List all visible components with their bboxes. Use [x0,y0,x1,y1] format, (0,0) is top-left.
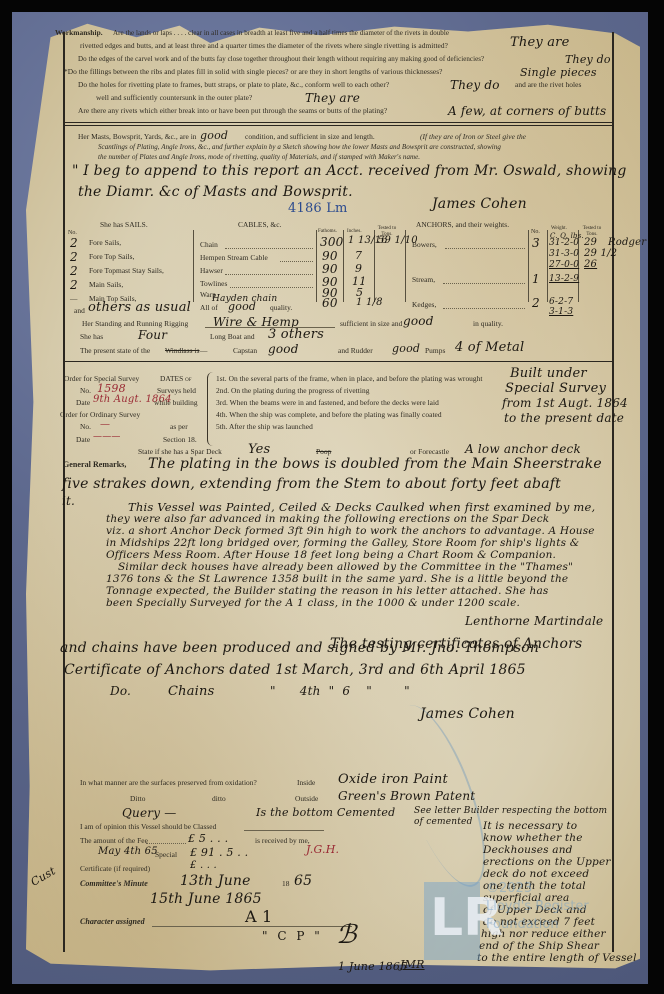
cable-fathoms: 90 [322,262,338,276]
outside-value: Green's Brown Patent [338,789,475,803]
survey-note: Special Survey [505,381,606,396]
dates-label: DATES of [160,374,192,384]
cable-inches: 7 [355,249,362,262]
workmanship-q1b: rivetted edges and butts, and at least t… [80,41,448,51]
section-divider [64,122,613,123]
state-pumps: 4 of Metal [455,340,524,355]
remark-line: Officers Mess Room. After House 18 feet … [106,549,556,561]
workmanship-a6: A few, at corners of butts [448,104,606,118]
remark-line: been Specially Surveyed for the A 1 clas… [106,597,520,609]
side-note-line: know whether the [483,832,643,844]
committee-second: 15th June 1865 [150,891,262,907]
cable-fathoms: 60 [322,296,338,310]
remark-line: in Midships 22ft long bridged over, form… [106,537,579,549]
remark-line: 1376 tons & the St Lawrence 1358 built i… [106,573,568,585]
cables-quality-label: quality. [270,303,292,313]
cables-divider [193,230,194,302]
certificate-label: Certificate (if required) [80,864,150,874]
sails-others: others as usual [88,300,191,315]
character-label: Character assigned [80,917,145,927]
remark-line: it. [62,494,75,508]
anchors-heading: ANCHORS, and their weights. [416,220,509,230]
rigging-label-b: sufficient in size and [340,319,402,329]
cert-anchors: Certificate of Anchors dated 1st March, … [64,662,526,678]
inside-label: Inside [297,778,315,788]
anchor-tested: 29 1/2 [584,248,617,259]
workmanship-a4: They do [450,78,500,92]
remark-line: The plating in the bows is doubled from … [148,456,602,472]
state-rudder-label: and Rudder [338,346,373,356]
boats-count: Four [138,328,167,342]
state-capstan: good [268,342,299,356]
anchors-divider [405,230,406,302]
cables-quality-value: good [228,300,256,313]
survey-stage: 2nd. On the plating during the progress … [216,386,369,396]
watermark-line: ©2023 [486,880,589,898]
ordinary-date: ——— [93,432,121,442]
workmanship-q2: Do the edges of the carvel work and of t… [78,54,484,64]
anchor-weight: 31-3-0 [549,249,579,259]
cable-row-hempen: Hempen Stream Cable [200,253,268,263]
cables-all-of: All of [200,303,218,313]
survey-stage: 3rd. When the beams were in and fastened… [216,398,439,408]
workmanship-a5: They are [305,91,360,105]
anchor-count: 2 [532,296,540,310]
state-windlass-struck: Windlass is [165,346,200,356]
watermark-line: Foundation [486,916,589,934]
survey-stage: 1st. On the several parts of the frame, … [216,374,483,384]
watermark-text: ©2023 Lloyd's Register Foundation [486,880,589,934]
initials: JMR [400,958,425,971]
workmanship-q3: *Do the fillings between the ribs and pl… [64,67,442,77]
workmanship-q4b: and are the rivet holes [515,80,581,90]
committee-year: 65 [294,873,312,889]
watermark-line: Lloyd's Register [486,898,589,916]
date-signed: 1 June 1865 [338,960,407,973]
masts-note-2: Scantlings of Plating, Angle Irons, &c.,… [98,142,501,152]
side-note-line: deck do not exceed [483,868,643,880]
remark-line: This Vessel was Painted, Ceiled & Decks … [128,500,595,514]
side-note-line: Deckhouses and [483,844,643,856]
rigging-label-c: in quality. [473,319,503,329]
opinion-label: I am of opinion this Vessel should be Cl… [80,822,216,832]
special-no-label: No. [80,386,91,396]
side-note-line: to the entire length of Vessel [477,952,637,964]
dotted-leader [445,248,525,249]
ditto-1: Ditto [130,794,145,804]
workmanship-q1a: Are the lands or laps . . . . clear in a… [113,28,449,38]
masts-ref-number: 4186 Lm [288,201,348,216]
fee-value: £ 5 . . . [188,832,228,845]
cable-fathoms: 90 [322,249,338,263]
dotted-leader [146,843,186,844]
masts-signature: James Cohen [432,196,527,212]
committee-label: Committee's Minute [80,879,148,889]
anchor-row-bowers: Bowers, [412,240,437,250]
cable-row-hawser: Hawser [200,266,223,276]
anchor-weight: 31-2-0 [549,238,579,248]
dates-label: as per [170,422,188,432]
workmanship-q5: well and sufficiently countersunk in the… [96,93,252,103]
workmanship-q6: Are there any rivets which either break … [78,106,387,116]
cables-heading: CABLES, &c. [238,220,281,230]
special-fee-label: Special [155,850,177,860]
inside-value: Oxide iron Paint [338,772,448,787]
state-capstan-label: Capstan [233,346,257,356]
section-divider [64,361,613,362]
received-label: is received by me, [255,836,310,846]
state-rudder: good [392,342,420,355]
remark-line: and chains have been produced and signed… [60,640,539,656]
cables-col-divider [316,230,317,302]
anchors-col-divider [528,230,529,302]
remark-signature-1: Lenthorne Martindale [465,614,603,628]
ditto-2: ditto [212,794,226,804]
anchor-row-stream: Stream, [412,275,435,285]
anchor-weight: 6-2-7 [549,297,573,307]
workmanship-q4: Do the holes for rivetting plate to fram… [78,80,389,90]
forecastle-value: A low anchor deck [465,442,581,456]
masts-condition: good [200,129,228,142]
lr-watermark-logo: LR [424,882,480,960]
state-windlass-value: — [200,346,207,356]
anchors-col-no: No. [531,229,540,235]
cable-fathoms: 300 [320,235,344,249]
boats-label-b: Long Boat and [210,332,255,342]
left-border-line [63,32,65,952]
brace [207,372,214,446]
workmanship-heading: Workmanship. [55,28,103,38]
boats-others: 3 others [268,327,324,342]
preservation-question: In what manner are the surfaces preserve… [80,778,257,788]
anchor-weight: 13-2-9 [549,274,579,284]
anchor-row-kedges: Kedges, [412,300,436,310]
state-label-a: The present state of the [80,346,150,356]
cert-chains-do: Do. [110,684,131,698]
survey-stage: 4th. When the ship was complete, and bef… [216,410,442,420]
masts-text-a: Her Masts, Bowsprit, Yards, &c., are in [78,132,197,142]
anchor-weight: 3-1-3 [549,307,573,317]
dates-label: Surveys held [157,386,196,396]
dotted-leader [443,283,525,284]
committee-year-prefix: 18 [282,879,290,889]
rigging-label-a: Her Standing and Running Rigging [82,319,188,329]
certificate-value: £ . . . [190,860,217,871]
survey-note: from 1st Augt. 1864 [502,396,628,410]
general-remarks-heading: General Remarks, [63,460,126,470]
remark-line: they were also far advanced in making th… [106,513,549,525]
ordinary-no-label: No. [80,422,91,432]
anchors-col-divider [547,230,548,302]
fill-line [152,926,352,927]
ordinary-date-label: Date [76,435,90,445]
masts-note-1: (If they are of Iron or Steel give the [420,132,526,142]
side-note-line: It is necessary to [483,820,643,832]
flourish-signature-icon: ℬ [336,920,357,950]
masts-remark-2: the Diamr. &c of Masts and Bowsprit. [78,184,353,200]
state-pumps-label: Pumps [425,346,445,356]
anchor-count: 3 [532,236,540,250]
query-label: Query — [122,806,176,820]
dotted-leader [443,308,525,309]
masts-remark-1: " I beg to append to this report an Acct… [72,163,627,179]
workmanship-a2: They do [565,53,611,66]
cp-mark: " C P " [262,929,323,943]
side-note-line: erections on the Upper [483,856,643,868]
sails-and-label: and [74,306,85,316]
masts-note-3: the number of Plates and Angle Irons, mo… [98,152,420,162]
ordinary-no: — [100,419,110,430]
fill-line [244,830,324,831]
survey-stage: 5th. After the ship was launched [216,422,313,432]
anchor-tested: 26 [584,259,597,270]
cable-row-towlines: Towlines [200,279,227,289]
anchors-margin-note: Rodger [608,237,646,248]
special-fee-value: £ 91 . 5 . . [190,846,248,859]
character-value: A 1 [245,907,272,926]
cable-inches: 1 1/8 [356,297,383,308]
cert-chains-dates: " 4th " 6 " " [270,684,410,698]
cable-row-chain: Chain [200,240,218,250]
sails-heading: She has SAILS. [100,220,148,230]
fee-label: The amount of the Fee [80,836,148,846]
anchor-tested: 29 [584,237,597,248]
survey-note: to the present date [504,411,624,425]
outside-label: Outside [295,794,318,804]
remark-line: Similar deck houses have already been al… [118,561,573,573]
dotted-leader [225,274,313,275]
remark-line: viz. a short Anchor Deck formed 3ft 9in … [106,525,595,537]
rigging-quality: good [403,314,434,328]
survey-note: Built under [510,366,587,381]
boats-label-a: She has [80,332,103,342]
anchor-count: 1 [532,272,540,286]
committee-value: 13th June [180,873,251,889]
dates-label: while building [154,398,198,408]
dotted-leader [230,287,313,288]
workmanship-a3: Single pieces [520,66,597,79]
cable-inches: 9 [355,262,362,275]
dotted-leader [225,248,313,249]
bottom-cemented-note: Is the bottom Cemented [256,806,395,819]
remark-line: five strakes down, extending from the St… [62,476,561,492]
dotted-leader [280,261,313,262]
masts-text-b: condition, and sufficient in size and le… [245,132,375,142]
spar-deck-value: Yes [248,442,270,457]
cert-chains: Chains [168,684,214,699]
anchor-weight: 27-0-0 [549,260,579,270]
remark-line: Tonnage expected, the Builder stating th… [106,585,549,597]
workmanship-a1: They are [510,35,569,50]
dates-label: Section 18. [163,435,197,445]
special-date-label: Date [76,398,90,408]
special-note: May 4th 65 [98,846,158,857]
red-initials: J.G.H. [306,843,339,856]
